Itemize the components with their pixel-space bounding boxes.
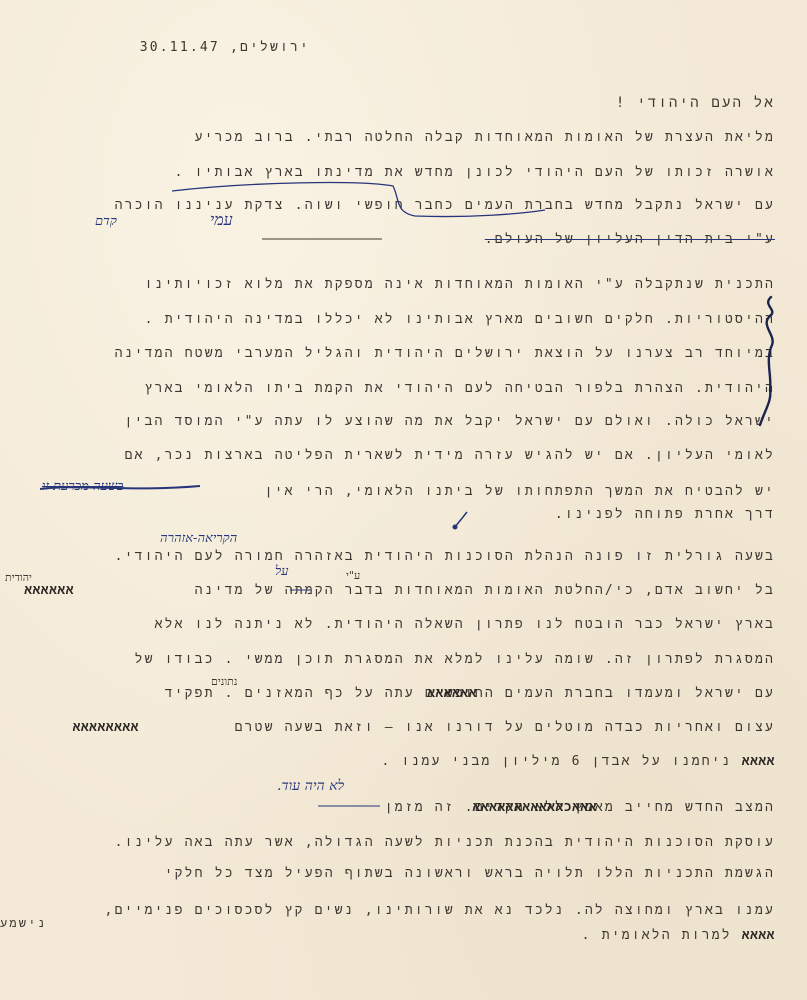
text-line-13: בשעה גורלית זו פונה הנהלת הסוכנות היהודי… — [115, 549, 775, 564]
place-date: ירושלים, 30.11.47 — [140, 40, 310, 55]
handwritten-annotation: הקריאה-אזהרה — [160, 530, 237, 546]
handwritten-annotation: קדם — [95, 213, 117, 229]
typed-overstrike: אאאא — [742, 928, 775, 943]
text-line-19: אאאא ניחמנו על אבדן 6 מיליון מבני עמנו . — [381, 754, 775, 769]
text-line-23: עמנו בארץ ומחוצה לה. נלכד נא את שורותינו… — [105, 903, 775, 918]
text-line-11: יש להבטיח את המשך התפתחותו של ביתנו הלאו… — [265, 484, 775, 499]
text-line-1: מליאת העצרת של האומות המאוחדות קבלה החלט… — [195, 130, 775, 145]
text-line-21: עוסקת הסוכנות היהודית בהכנת תכניות לשעה … — [115, 835, 775, 850]
text-line-6: ההיסטוריות. חלקים חשובים מארץ אבותינו לא… — [145, 312, 775, 327]
text-line-22: הגשמת התכניות הללו תלויה בראש וראשונה בש… — [165, 866, 775, 881]
typed-overstrike: אאאאאאאא — [73, 720, 139, 735]
line-24-text: למרות הלאומית . — [582, 928, 732, 943]
handwritten-annotation: עמי — [210, 210, 233, 230]
text-line-12: דרך אחרת פתוחה לפנינו. — [555, 507, 775, 522]
text-line-15: בארץ ישראל כבר הובטח לנו פתרון השאלה היה… — [155, 617, 775, 632]
paper-sheet — [0, 0, 807, 1000]
text-line-4: ע"י בית הדין העליון של העולם. — [485, 232, 775, 247]
text-line-16: המסגרת לפתרון זה. שומה עלינו למלא את המס… — [135, 652, 775, 667]
handwritten-annotation: על — [275, 563, 288, 579]
text-line-9: ישראל כולה. ואולם עם ישראל יקבל את מה שה… — [125, 414, 775, 429]
handwritten-annotation: נתונים — [211, 675, 237, 688]
text-line-24: אאאא למרות הלאומית . — [582, 928, 775, 943]
handwritten-annotation: יהודית — [5, 571, 32, 584]
margin-insert: נישמע — [0, 916, 47, 931]
text-line-7: במיוחד רב צערנו על הוצאת ירושלים היהודית… — [115, 346, 775, 361]
handwritten-annotation: לא היה עוד. — [277, 778, 344, 795]
text-line-8: היהודית. הצהרת בלפור הבטיחה לעם היהודי א… — [145, 381, 775, 396]
text-line-2: אושרה זכותו של העם היהודי לכונן מחדש את … — [175, 165, 775, 180]
text-line-5: התכנית שנתקבלה ע"י האומות המאוחדות אינה … — [145, 277, 775, 292]
typed-overstrike: אאאאאא — [427, 686, 477, 701]
text-line-10: לאומי העליון. אם יש להגיש עזרה מידית לשא… — [125, 448, 775, 463]
handwritten-scribble: בשעה מכרעת זו — [42, 478, 123, 494]
struck-phrase: ע"י בית הדין העליון של העולם. — [485, 232, 775, 247]
text-line-18: עצום ואחריות כבדה מוטלים על דורנו אנו – … — [235, 720, 775, 735]
typed-overstrike: אאאכאאאאאאאאאאא — [472, 800, 597, 815]
handwritten-annotation: ע"י — [346, 569, 360, 582]
typed-overstrike: אאאא — [742, 754, 775, 769]
salutation: אל העם היהודי ! — [616, 95, 775, 112]
line-19-text: ניחמנו על אבדן 6 מיליון מבני עמנו . — [381, 754, 731, 769]
text-line-14: בל יחשוב אדם, כי/החלטת האומות המאוחדות ב… — [195, 583, 775, 598]
typed-overstrike: אאאאאא — [24, 583, 74, 598]
